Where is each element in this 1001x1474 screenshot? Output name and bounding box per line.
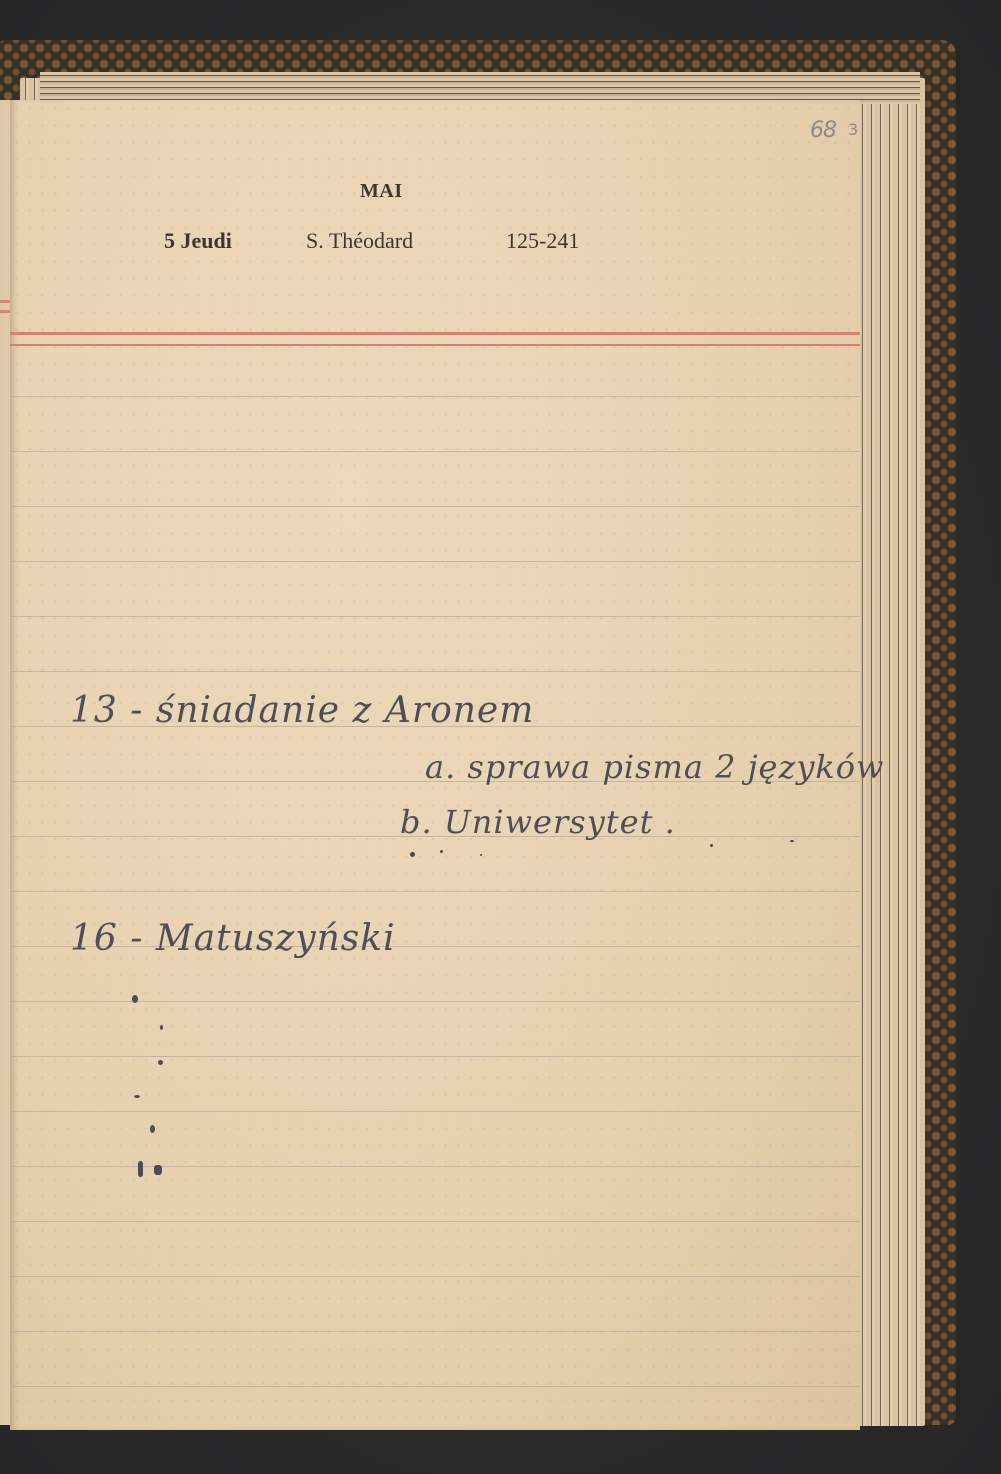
day-label: 5 Jeudi <box>164 228 232 254</box>
folio-suffix: 3 <box>848 120 858 139</box>
ruled-line <box>10 671 860 672</box>
saint-name: S. Théodard <box>306 228 413 254</box>
ruled-line <box>10 561 860 562</box>
ink-blots <box>120 985 180 1195</box>
ruled-line <box>10 506 860 507</box>
handwritten-item-a: a. sprawa pisma 2 języków <box>425 748 884 786</box>
ruled-line <box>10 396 860 397</box>
handwritten-item-b: b. Uniwersytet . <box>400 803 676 841</box>
ruled-line <box>10 1386 860 1387</box>
ruled-line <box>10 1221 860 1222</box>
ruled-line <box>10 616 860 617</box>
red-rule-top <box>10 332 860 335</box>
red-rule-bottom <box>10 344 860 346</box>
diary-page: 68 3 MAI 5 Jeudi S. Théodard 125-241 13 … <box>10 100 860 1430</box>
handwritten-entry-16: 16 - Matuszyński <box>70 918 396 959</box>
handwritten-entry-13: 13 - śniadanie z Aronem <box>70 690 534 731</box>
ruled-line <box>10 1276 860 1277</box>
folio-number: 68 <box>810 118 836 143</box>
ruled-line <box>10 451 860 452</box>
ruled-line <box>10 891 860 892</box>
month-heading: MAI <box>360 180 403 203</box>
ink-speckles <box>410 840 830 870</box>
day-count: 125-241 <box>506 228 579 254</box>
ruled-line <box>10 1331 860 1332</box>
